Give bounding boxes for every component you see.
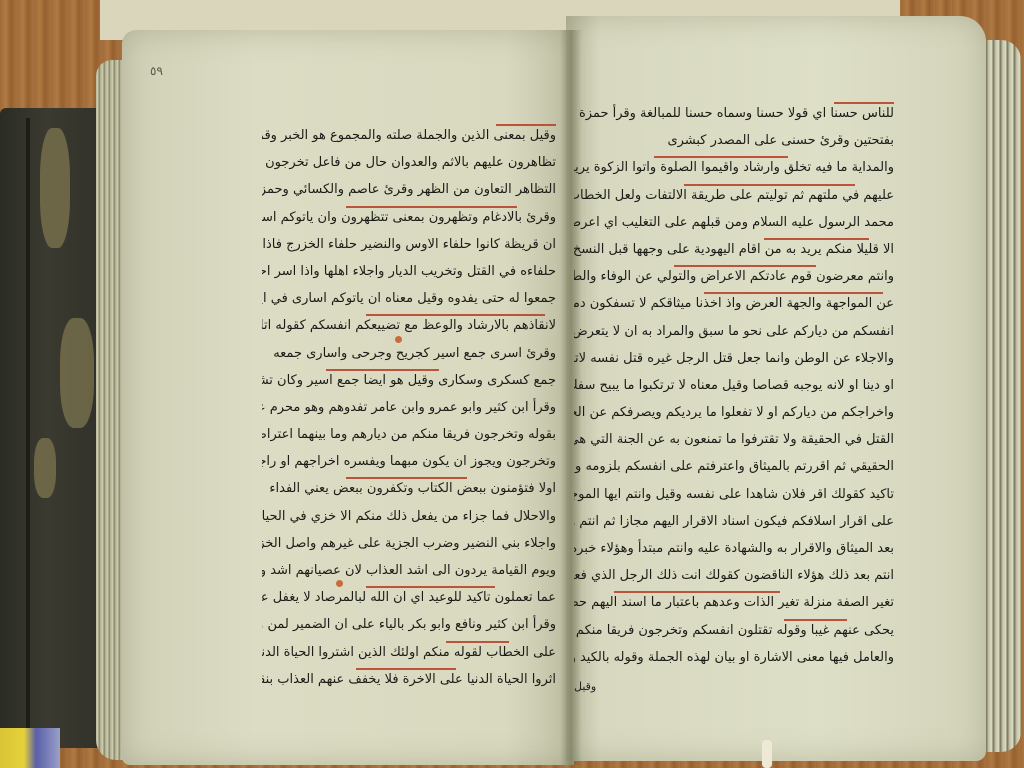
red-rubric-overline bbox=[366, 314, 545, 316]
red-rubric-overline bbox=[496, 124, 556, 126]
manuscript-line: وقيل بمعنى الذين والجملة صلته والمجموع ه… bbox=[262, 122, 556, 149]
manuscript-line: التظاهر التعاون من الظهر وقرئ عاصم والكس… bbox=[262, 176, 556, 203]
manuscript-line: تاكيد كقولك اقر فلان شاهدا على نفسه وقيل… bbox=[574, 481, 894, 508]
red-rubric-overline bbox=[446, 641, 509, 643]
cover-wear-patch bbox=[40, 128, 70, 248]
manuscript-line: عليهم في ملتهم ثم توليتم على طريقة الالت… bbox=[574, 182, 894, 209]
red-rubric-overline bbox=[346, 206, 517, 208]
manuscript-line: القتل في الحقيقة ولا تقترفوا ما تمنعون ب… bbox=[574, 426, 894, 453]
red-rubric-overline bbox=[764, 238, 869, 240]
manuscript-line: جمع كسكرى وسكارى وقيل هو ايضا جمع اسير و… bbox=[262, 367, 556, 394]
manuscript-line: انفسكم من دياركم على نحو ما سبق والمراد … bbox=[574, 318, 894, 345]
red-rubric-overline bbox=[614, 591, 780, 593]
ink-stain bbox=[336, 580, 343, 587]
red-rubric-overline bbox=[346, 477, 467, 479]
red-rubric-overline bbox=[326, 369, 439, 371]
manuscript-line: انتم بعد ذلك هؤلاء الناقضون كقولك انت ذل… bbox=[574, 562, 894, 589]
red-rubric-overline bbox=[654, 156, 788, 158]
manuscript-line: والاجلاء عن الوطن وانما جعل قتل الرجل غي… bbox=[574, 345, 894, 372]
manuscript-line: ان قريظة كانوا حلفاء الاوس والنضير حلفاء… bbox=[262, 231, 556, 258]
manuscript-line: لانقاذهم بالارشاد والوعظ مع تضييعكم انفس… bbox=[262, 312, 556, 339]
manuscript-line: والعامل فيها معنى الاشارة او بيان لهذه ا… bbox=[574, 644, 894, 671]
manuscript-line: بقوله وتخرجون فريقا منكم من ديارهم وما ب… bbox=[262, 421, 556, 448]
manuscript-line: محمد الرسول عليه السلام ومن قبلهم على ال… bbox=[574, 209, 894, 236]
folio-number: ٥٩ bbox=[150, 64, 163, 78]
catchword: وقيل bbox=[574, 680, 596, 693]
manuscript-line: وقرأ ابن كثير ونافع وابو بكر بالياء على … bbox=[262, 611, 556, 638]
manuscript-line: واخراجكم من دياركم او لا تفعلوا ما يرديك… bbox=[574, 399, 894, 426]
cover-crease bbox=[26, 118, 30, 728]
manuscript-line: او دينا او لانه يوجبه قصاصا وقيل معناه ل… bbox=[574, 372, 894, 399]
manuscript-line: على الخطاب لقوله منكم اولئك الذين اشتروا… bbox=[262, 639, 556, 666]
manuscript-line: تغير الصفة منزلة تغير الذات وعدهم باعتبا… bbox=[574, 589, 894, 616]
manuscript-line: اثروا الحياة الدنيا على الاخرة فلا يخفف … bbox=[262, 666, 556, 693]
manuscript-line: وقرأ ابن كثير وابو عمرو وابن عامر تفدوهم… bbox=[262, 394, 556, 421]
manuscript-line: على اقرار اسلافكم فيكون اسناد الاقرار ال… bbox=[574, 508, 894, 535]
manuscript-line: حلفاءه في القتل وتخريب الديار واجلاء اهل… bbox=[262, 258, 556, 285]
manuscript-line: تظاهرون عليهم بالاثم والعدوان حال من فاع… bbox=[262, 149, 556, 176]
manuscript-line: والمداية ما فيه تخلق وارشاد واقيموا الصل… bbox=[574, 154, 894, 181]
bookmark-ribbon bbox=[762, 740, 772, 768]
red-rubric-overline bbox=[784, 619, 847, 621]
red-rubric-overline bbox=[366, 586, 495, 588]
red-rubric-overline bbox=[834, 102, 894, 104]
manuscript-line: للناس حسنا اي قولا حسنا وسماه حسنا للمبا… bbox=[574, 100, 894, 127]
red-rubric-overline bbox=[356, 668, 456, 670]
left-page-text: وقيل بمعنى الذين والجملة صلته والمجموع ه… bbox=[262, 122, 556, 693]
manuscript-line: والاحلال فما جزاء من يفعل ذلك منكم الا خ… bbox=[262, 503, 556, 530]
manuscript-line: الا قليلا منكم يريد به من اقام اليهودية … bbox=[574, 236, 894, 263]
manuscript-line: عما تعملون تاكيد للوعيد اي ان الله لبالم… bbox=[262, 584, 556, 611]
manuscript-line: الحقيقي ثم اقررتم بالميثاق واعترفتم على … bbox=[574, 453, 894, 480]
red-rubric-overline bbox=[674, 265, 816, 267]
manuscript-line: وتخرجون ويجوز ان يكون مبهما ويفسره اخراج… bbox=[262, 448, 556, 475]
manuscript-line: يحكى عنهم غيبا وقوله تقتلون انفسكم وتخرج… bbox=[574, 617, 894, 644]
red-rubric-overline bbox=[684, 184, 855, 186]
manuscript-line: وقرئ بالادغام وتظهرون بمعنى تتظهرون وان … bbox=[262, 204, 556, 231]
manuscript-line: وانتم معرضون قوم عادتكم الاعراض والتولي … bbox=[574, 263, 894, 290]
manuscript-line: وقرئ اسرى جمع اسير كجريح وجرحى واسارى جم… bbox=[262, 340, 556, 367]
manuscript-line: واجلاء بني النضير وضرب الجزية على غيرهم … bbox=[262, 530, 556, 557]
cover-wear-patch bbox=[60, 318, 94, 428]
manuscript-line: بعد الميثاق والاقرار به والشهادة عليه وا… bbox=[574, 535, 894, 562]
manuscript-line: عن المواجهة والجهة العرض واذ اخذنا ميثاق… bbox=[574, 290, 894, 317]
stationery-items bbox=[0, 728, 60, 768]
manuscript-line: بفتحتين وقرئ حسنى على المصدر كبشرى bbox=[574, 127, 894, 154]
cover-wear-patch bbox=[34, 438, 56, 498]
ink-stain bbox=[395, 336, 402, 343]
manuscript-line: ويوم القيامة يردون الى اشد العذاب لان عص… bbox=[262, 557, 556, 584]
manuscript-line: اولا فتؤمنون ببعض الكتاب وتكفرون ببعض يع… bbox=[262, 475, 556, 502]
right-page-text: للناس حسنا اي قولا حسنا وسماه حسنا للمبا… bbox=[574, 100, 894, 671]
red-rubric-overline bbox=[704, 292, 883, 294]
manuscript-line: جمعوا له حتى يفدوه وقيل معناه ان ياتوكم … bbox=[262, 285, 556, 312]
